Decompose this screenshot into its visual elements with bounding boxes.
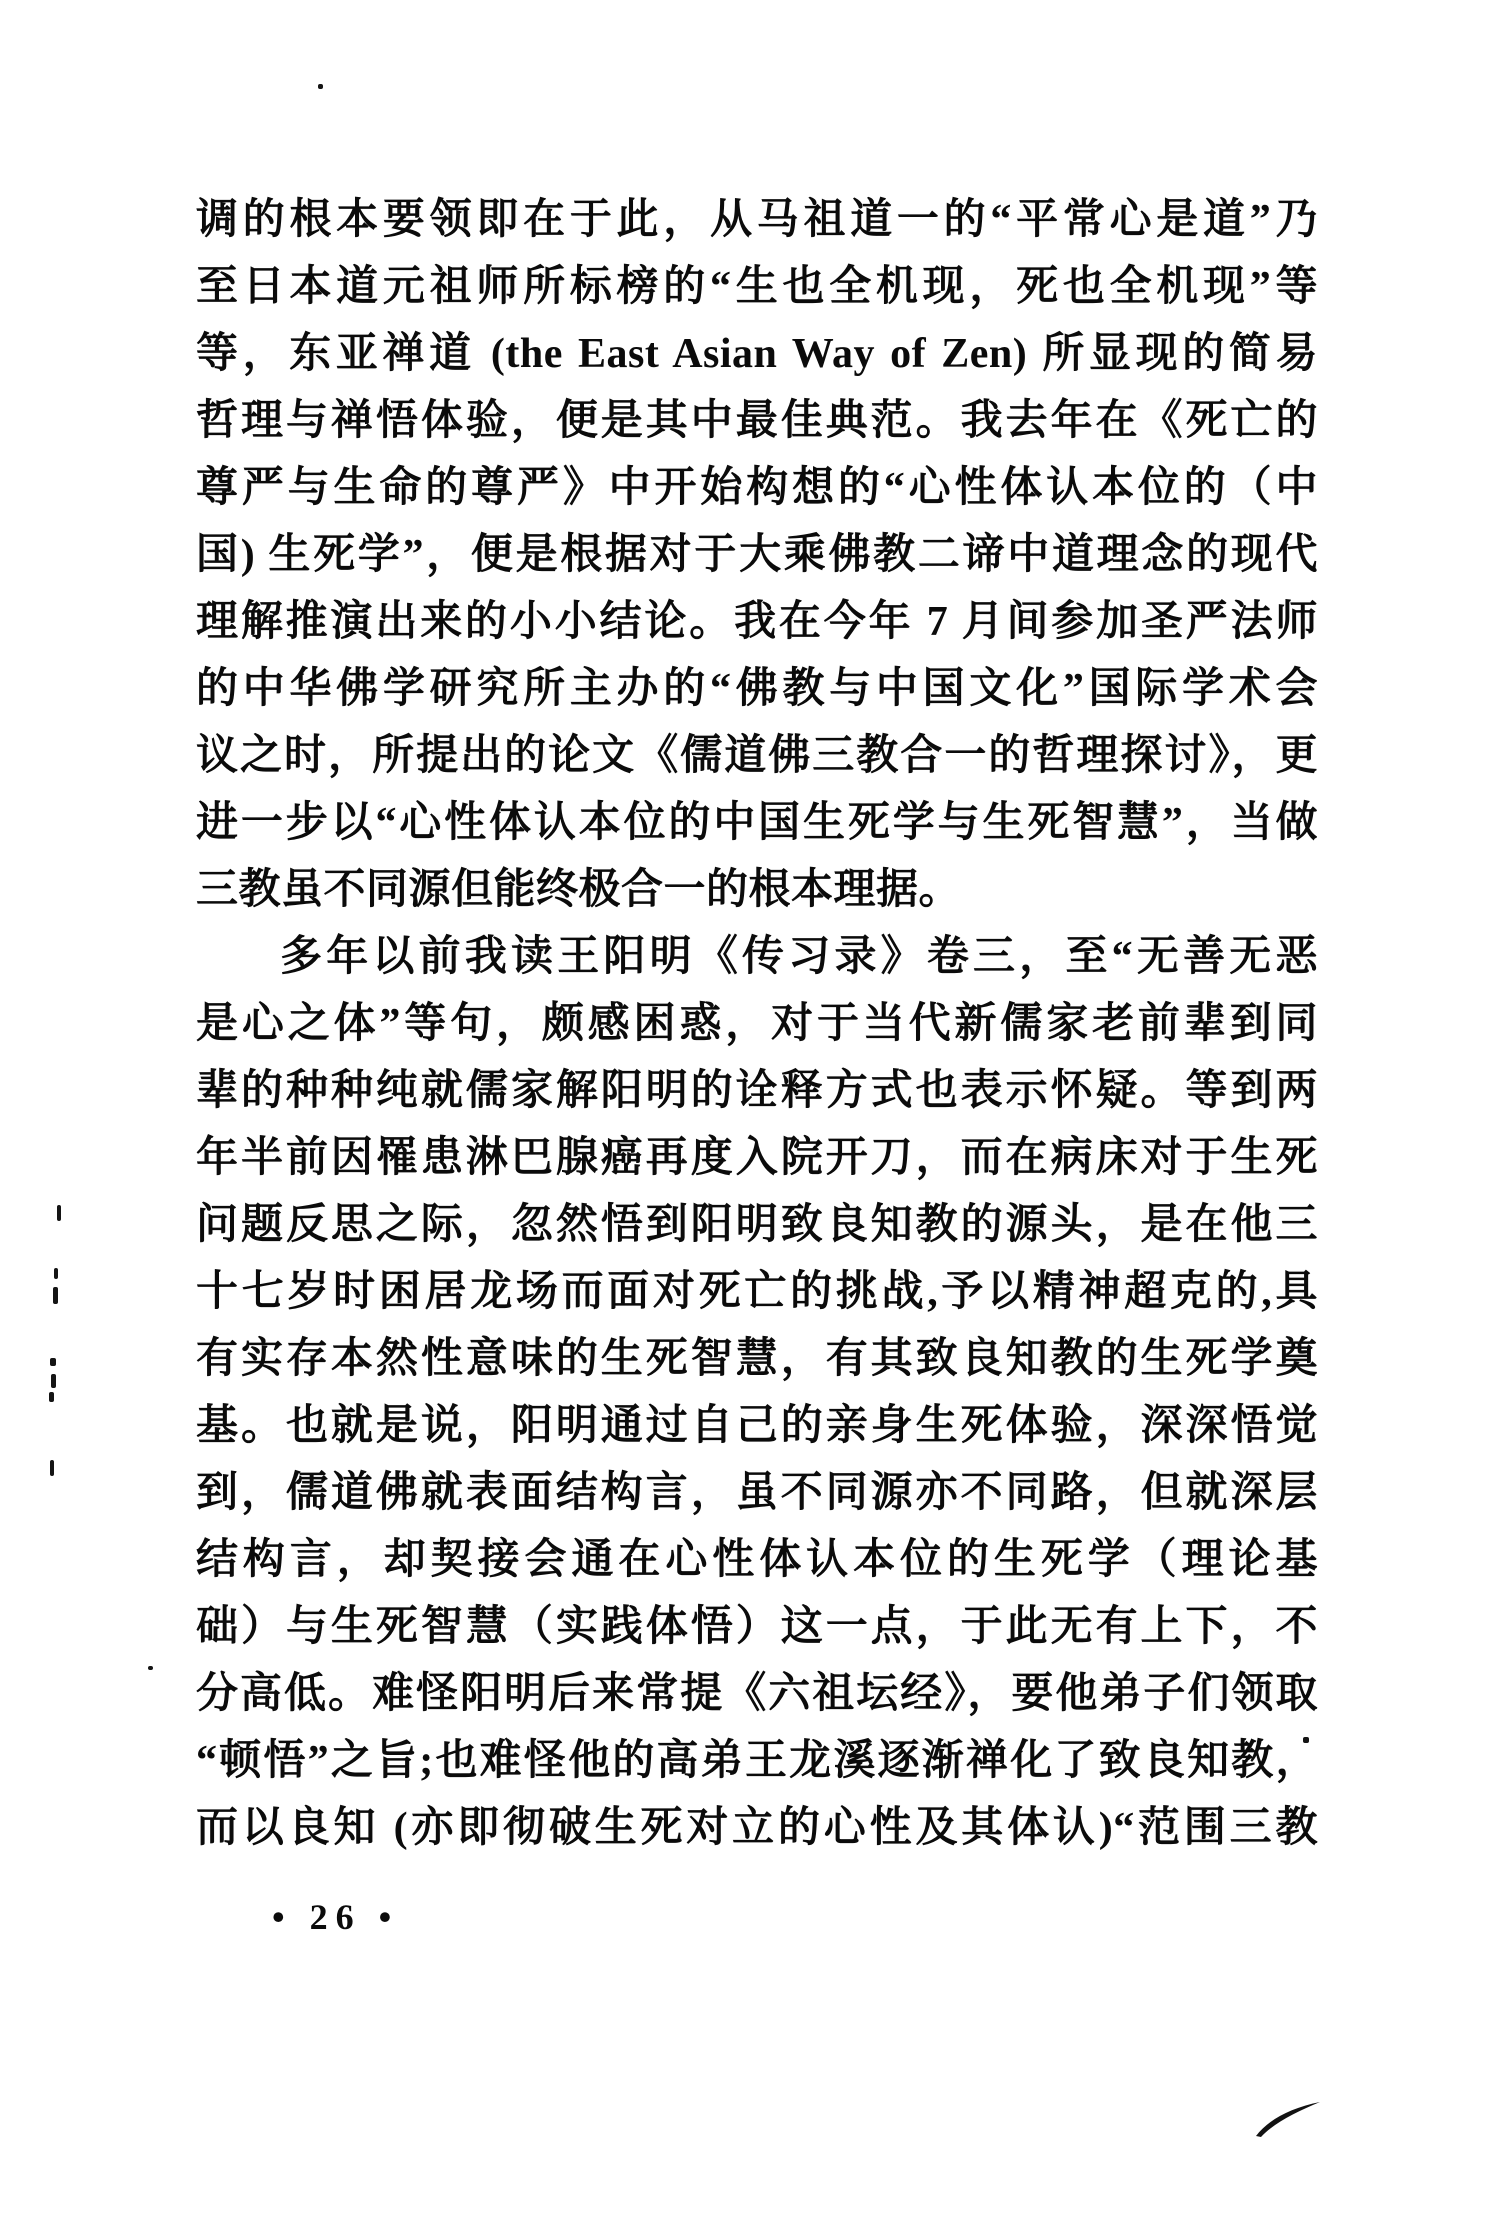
text-line-paragraph-end: 三教虽不同源但能终极合一的根本理据。: [196, 857, 1318, 924]
scan-speck: [49, 1392, 54, 1402]
scan-speck: [1303, 1737, 1309, 1743]
body-text: 调的根本要领即在于此，从马祖道一的“平常心是道”乃 至日本道元祖师所标榜的“生也…: [196, 187, 1318, 1862]
text-line: 调的根本要领即在于此，从马祖道一的“平常心是道”乃: [196, 187, 1318, 254]
page-number: • 26 •: [272, 1896, 399, 1938]
scan-speck: [50, 1358, 56, 1366]
text-line: 分高低。难怪阳明后来常提《六祖坛经》，要他弟子们领取: [196, 1661, 1318, 1728]
text-line: 理解推演出来的小小结论。我在今年 7 月间参加圣严法师: [196, 589, 1318, 656]
text-line: “顿悟”之旨;也难怪他的高弟王龙溪逐渐禅化了致良知教，: [196, 1728, 1318, 1795]
text-line: 问题反思之际，忽然悟到阳明致良知教的源头，是在他三: [196, 1192, 1318, 1259]
text-line: 年半前因罹患淋巴腺癌再度入院开刀，而在病床对于生死: [196, 1125, 1318, 1192]
text-line: 尊严与生命的尊严》中开始构想的“心性体认本位的（中: [196, 455, 1318, 522]
text-line: 有实存本然性意味的生死智慧，有其致良知教的生死学奠: [196, 1326, 1318, 1393]
text-line: 进一步以“心性体认本位的中国生死学与生死智慧”，当做: [196, 790, 1318, 857]
scan-speck: [54, 1268, 58, 1279]
text-line-paragraph-start: 多年以前我读王阳明《传习录》卷三，至“无善无恶: [196, 924, 1318, 991]
text-line: 十七岁时困居龙场而面对死亡的挑战,予以精神超克的,具: [196, 1259, 1318, 1326]
text-line: 而以良知 (亦即彻破生死对立的心性及其体认)“范围三教: [196, 1795, 1318, 1862]
scan-speck: [318, 84, 323, 89]
text-line: 议之时，所提出的论文《儒道佛三教合一的哲理探讨》，更: [196, 723, 1318, 790]
text-line: 结构言，却契接会通在心性体认本位的生死学（理论基: [196, 1527, 1318, 1594]
text-line: 是心之体”等句，颇感困惑，对于当代新儒家老前辈到同: [196, 991, 1318, 1058]
text-line: 至日本道元祖师所标榜的“生也全机现，死也全机现”等: [196, 254, 1318, 321]
stray-ink-mark: [1252, 2096, 1324, 2140]
scan-speck: [148, 1666, 153, 1670]
scan-speck: [57, 1205, 61, 1221]
text-line: 国) 生死学”，便是根据对于大乘佛教二谛中道理念的现代: [196, 522, 1318, 589]
scanned-book-page: 调的根本要领即在于此，从马祖道一的“平常心是道”乃 至日本道元祖师所标榜的“生也…: [0, 0, 1506, 2240]
scan-speck: [50, 1460, 54, 1476]
text-line: 哲理与禅悟体验，便是其中最佳典范。我去年在《死亡的: [196, 388, 1318, 455]
scan-speck: [53, 1287, 58, 1304]
text-line: 到，儒道佛就表面结构言，虽不同源亦不同路，但就深层: [196, 1460, 1318, 1527]
scan-speck: [51, 1374, 56, 1388]
text-line: 辈的种种纯就儒家解阳明的诠释方式也表示怀疑。等到两: [196, 1058, 1318, 1125]
text-line: 础）与生死智慧（实践体悟）这一点，于此无有上下，不: [196, 1594, 1318, 1661]
text-line: 等，东亚禅道 (the East Asian Way of Zen) 所显现的简…: [196, 321, 1318, 388]
text-line: 基。也就是说，阳明通过自己的亲身生死体验，深深悟觉: [196, 1393, 1318, 1460]
text-line: 的中华佛学研究所主办的“佛教与中国文化”国际学术会: [196, 656, 1318, 723]
